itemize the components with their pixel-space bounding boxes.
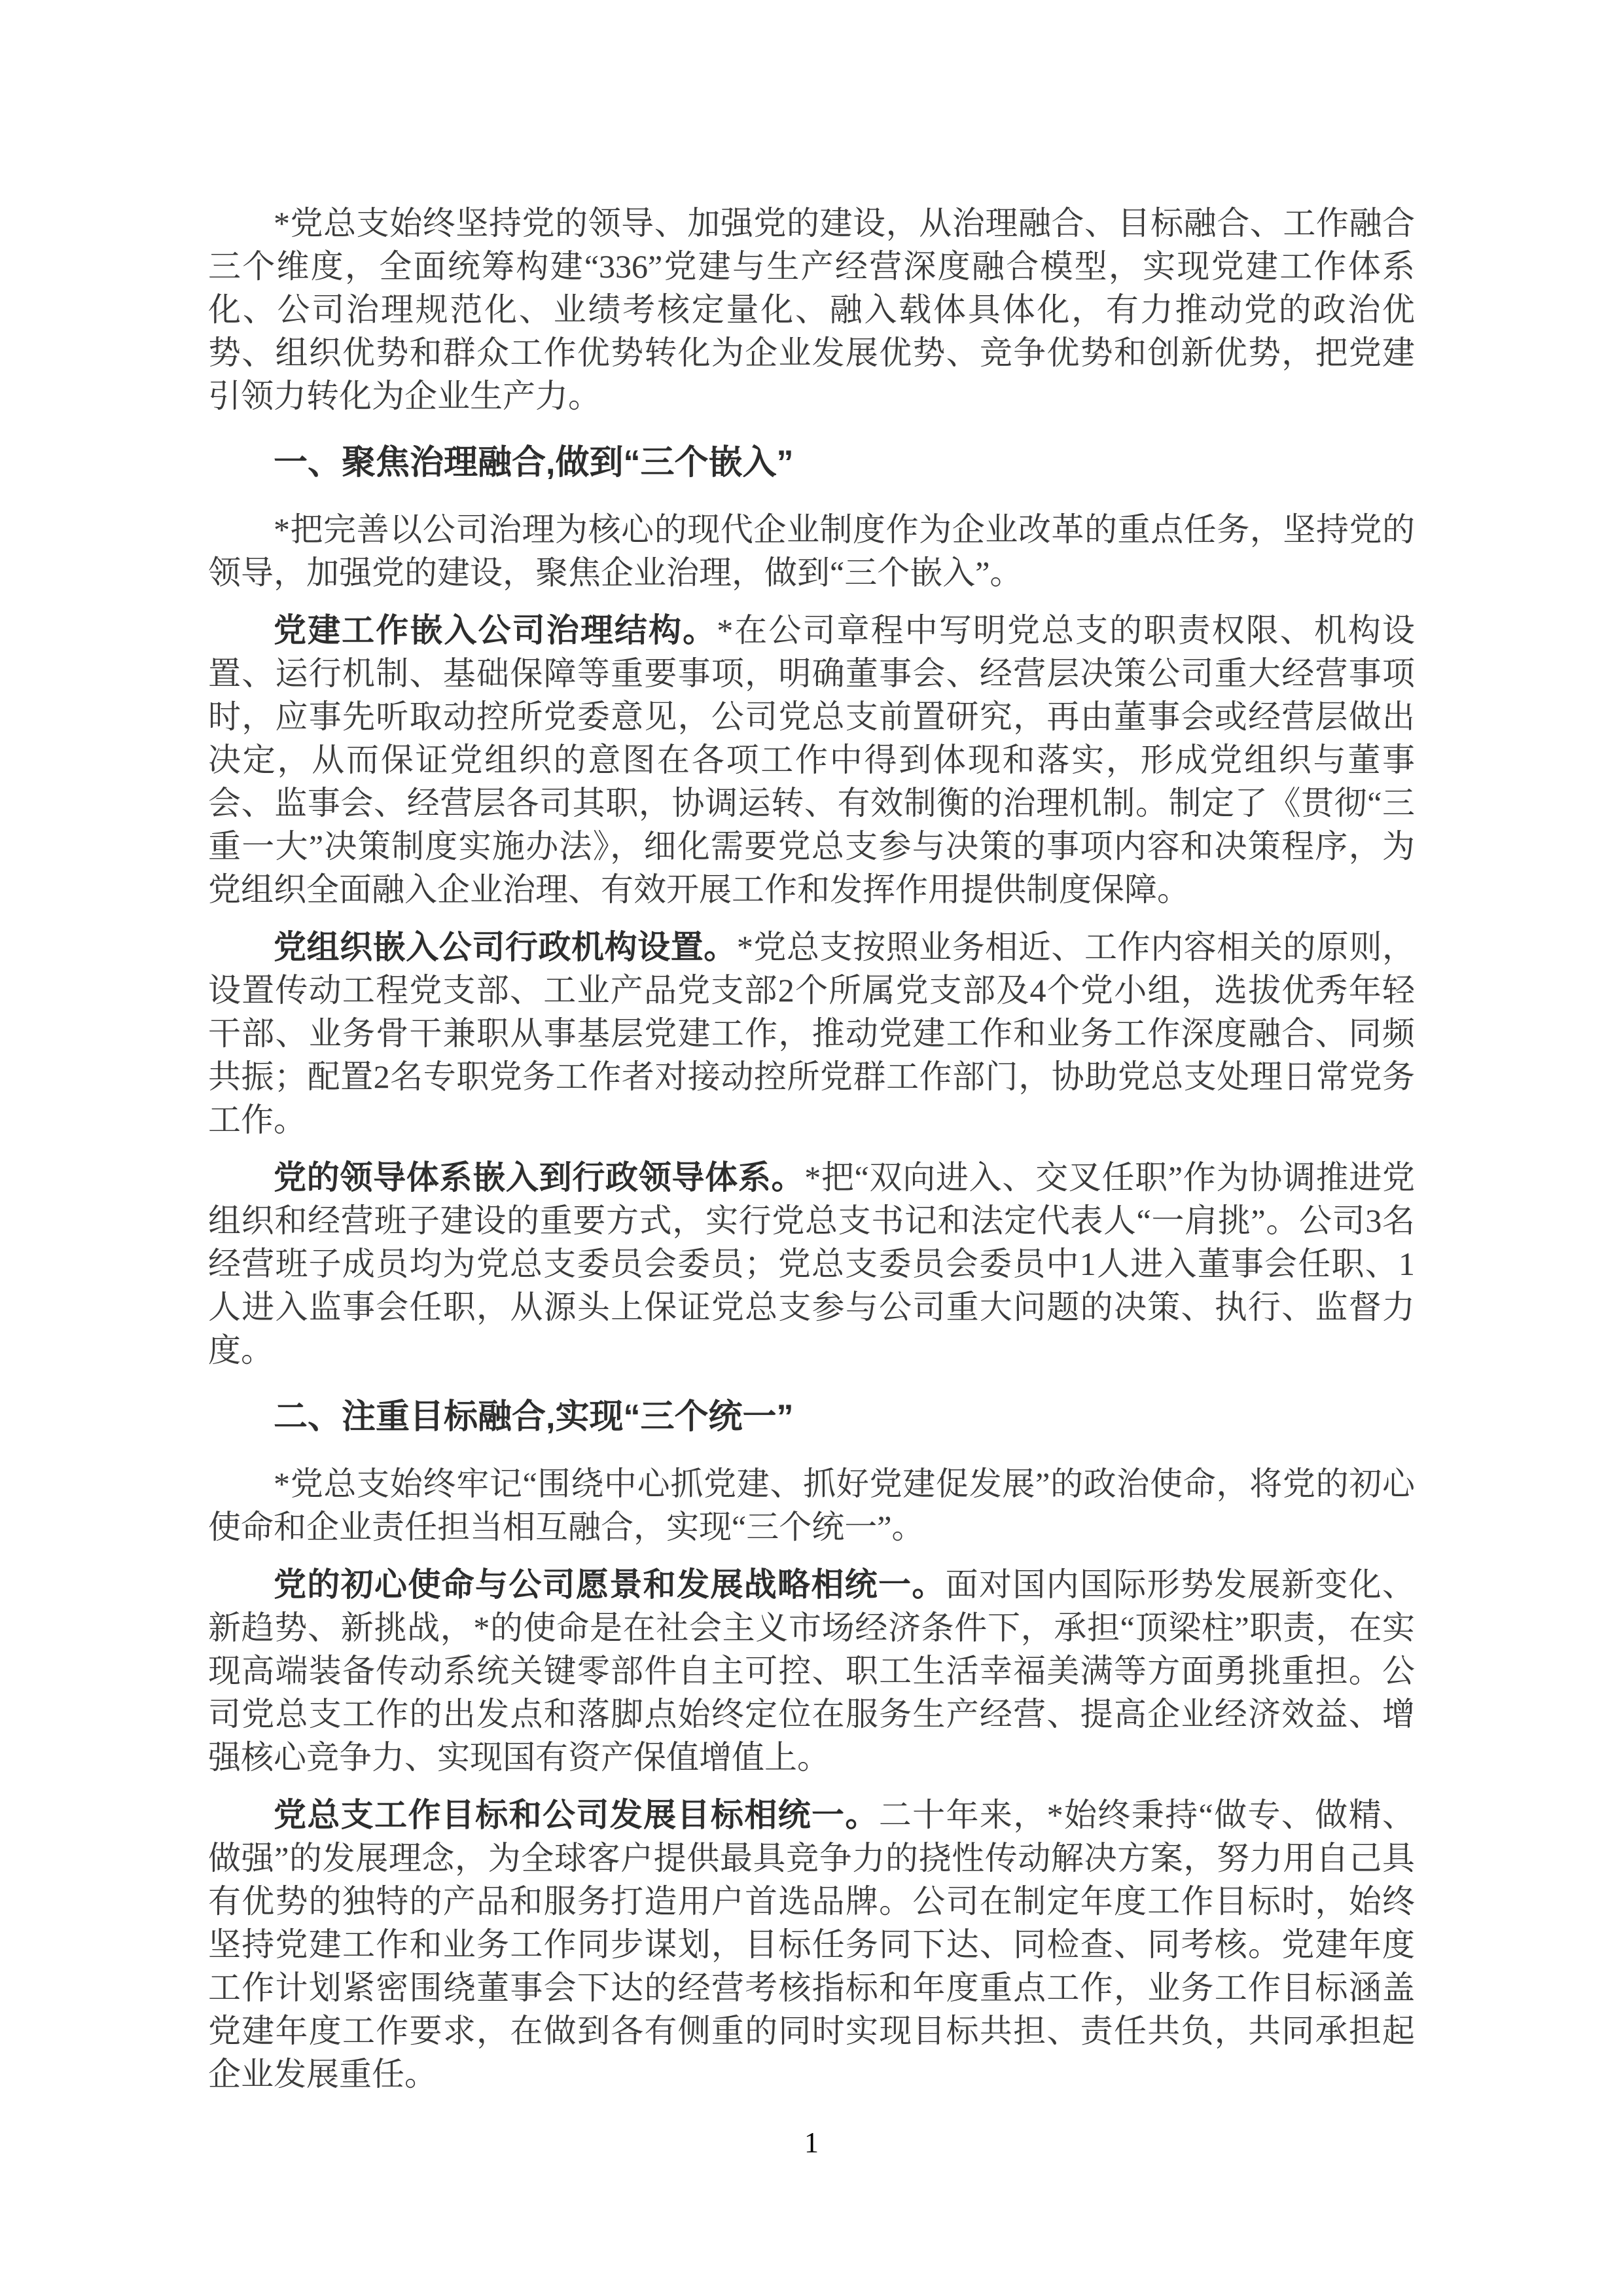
body-paragraph: 党的领导体系嵌入到行政领导体系。*把“双向进入、交叉任职”作为协调推进党组织和经… — [208, 1156, 1415, 1372]
body-paragraph: 党建工作嵌入公司治理结构。*在公司章程中写明党总支的职责权限、机构设置、运行机制… — [208, 609, 1415, 911]
section-heading: 二、注重目标融合,实现“三个统一” — [208, 1395, 1415, 1439]
body-paragraph: *党总支始终牢记“围绕中心抓党建、抓好党建促发展”的政治使命，将党的初心使命和企… — [208, 1462, 1415, 1549]
paragraph-text: *党总支始终牢记“围绕中心抓党建、抓好党建促发展”的政治使命，将党的初心使命和企… — [208, 1465, 1415, 1545]
paragraph-lead-bold: 党的初心使命与公司愿景和发展战略相统一。 — [274, 1566, 946, 1603]
section-heading-text: 二、注重目标融合,实现“三个统一” — [274, 1398, 793, 1436]
page-number: 1 — [804, 2126, 819, 2159]
paragraph-lead-bold: 党总支工作目标和公司发展目标相统一。 — [274, 1797, 879, 1833]
section-heading-text: 一、聚焦治理融合,做到“三个嵌入” — [274, 444, 793, 482]
body-paragraph: *党总支始终坚持党的领导、加强党的建设，从治理融合、目标融合、工作融合三个维度，… — [208, 202, 1415, 418]
body-paragraph: 党组织嵌入公司行政机构设置。*党总支按照业务相近、工作内容相关的原则，设置传动工… — [208, 925, 1415, 1141]
paragraph-text: *把完善以公司治理为核心的现代企业制度作为企业改革的重点任务，坚持党的领导，加强… — [208, 511, 1415, 591]
paragraph-text: 二十年来，*始终秉持“做专、做精、做强”的发展理念，为全球客户提供最具竞争力的挠… — [208, 1797, 1415, 2092]
paragraph-lead-bold: 党的领导体系嵌入到行政领导体系。 — [274, 1159, 804, 1196]
body-paragraph: *把完善以公司治理为核心的现代企业制度作为企业改革的重点任务，坚持党的领导，加强… — [208, 508, 1415, 594]
section-heading: 一、聚焦治理融合,做到“三个嵌入” — [208, 441, 1415, 484]
page-footer: 1 — [0, 2126, 1623, 2159]
paragraph-lead-bold: 党建工作嵌入公司治理结构。 — [274, 612, 717, 649]
paragraph-text: *在公司章程中写明党总支的职责权限、机构设置、运行机制、基础保障等重要事项，明确… — [208, 612, 1415, 908]
document-body: *党总支始终坚持党的领导、加强党的建设，从治理融合、目标融合、工作融合三个维度，… — [208, 202, 1415, 2110]
document-page: *党总支始终坚持党的领导、加强党的建设，从治理融合、目标融合、工作融合三个维度，… — [0, 0, 1623, 2296]
body-paragraph: 党的初心使命与公司愿景和发展战略相统一。面对国内国际形势发展新变化、新趋势、新挑… — [208, 1563, 1415, 1779]
body-paragraph: 党总支工作目标和公司发展目标相统一。二十年来，*始终秉持“做专、做精、做强”的发… — [208, 1793, 1415, 2096]
paragraph-lead-bold: 党组织嵌入公司行政机构设置。 — [274, 929, 737, 965]
paragraph-text: *党总支始终坚持党的领导、加强党的建设，从治理融合、目标融合、工作融合三个维度，… — [208, 205, 1415, 414]
